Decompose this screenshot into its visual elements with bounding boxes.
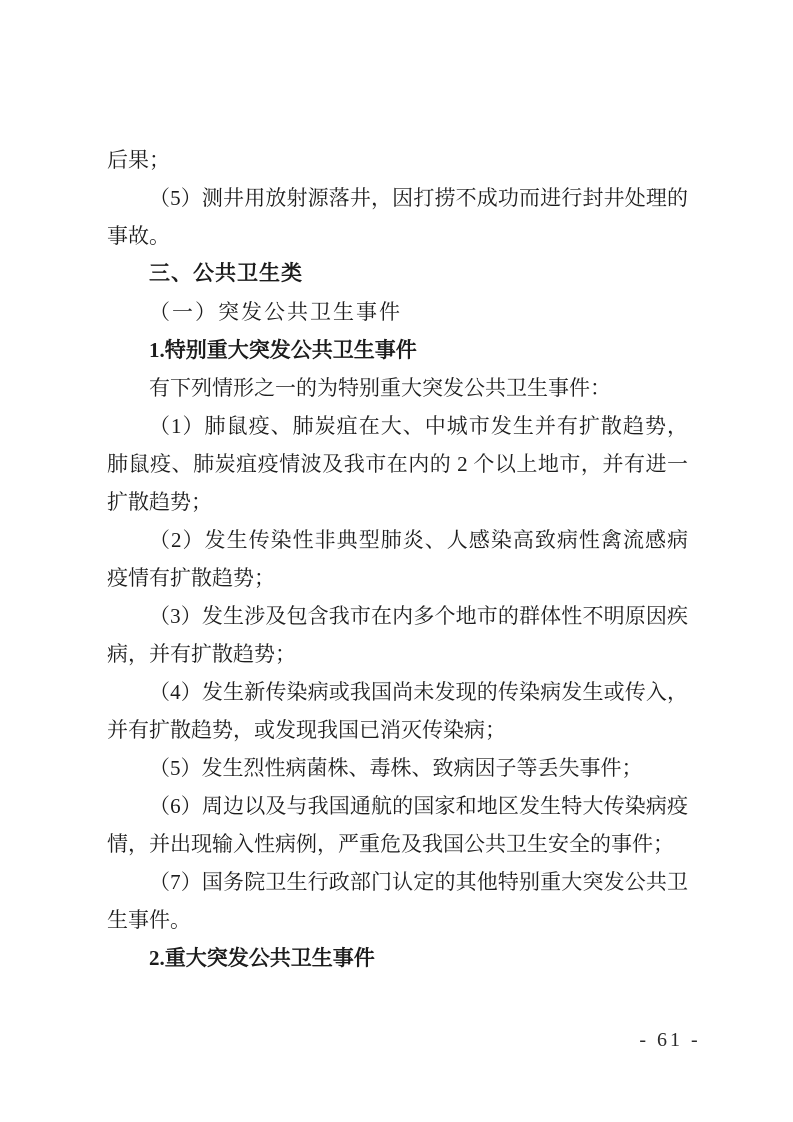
body-line: 生事件。 [107, 901, 688, 939]
document-page: 后果； （5）测井用放射源落井，因打捞不成功而进行封井处理的 事故。 三、公共卫… [0, 0, 793, 1122]
body-line: （7）国务院卫生行政部门认定的其他特别重大突发公共卫 [107, 863, 688, 901]
body-line: 后果； [107, 141, 688, 179]
body-line: （5）测井用放射源落井，因打捞不成功而进行封井处理的 [107, 179, 688, 217]
item-heading-1: 1.特别重大突发公共卫生事件 [107, 331, 688, 369]
body-line: （4）发生新传染病或我国尚未发现的传染病发生或传入， [107, 673, 688, 711]
body-line: 肺鼠疫、肺炭疽疫情波及我市在内的 2 个以上地市，并有进一步 [107, 445, 688, 483]
body-line: 并有扩散趋势，或发现我国已消灭传染病； [107, 711, 688, 749]
body-line: 情，并出现输入性病例，严重危及我国公共卫生安全的事件； [107, 825, 688, 863]
page-number: - 61 - [620, 1026, 720, 1054]
body-line: （5）发生烈性病菌株、毒株、致病因子等丢失事件； [107, 749, 688, 787]
body-line: 疫情有扩散趋势； [107, 559, 688, 597]
body-line: （6）周边以及与我国通航的国家和地区发生特大传染病疫 [107, 787, 688, 825]
body-line: （3）发生涉及包含我市在内多个地市的群体性不明原因疾 [107, 597, 688, 635]
body-line: 有下列情形之一的为特别重大突发公共卫生事件： [107, 369, 688, 407]
item-heading-2: 2.重大突发公共卫生事件 [107, 939, 688, 977]
body-line: （2）发生传染性非典型肺炎、人感染高致病性禽流感病例， [107, 521, 688, 559]
text-block: 后果； （5）测井用放射源落井，因打捞不成功而进行封井处理的 事故。 三、公共卫… [107, 141, 688, 977]
body-line: 病，并有扩散趋势； [107, 635, 688, 673]
section-heading: 三、公共卫生类 [107, 255, 688, 293]
body-line: 扩散趋势； [107, 483, 688, 521]
body-line: （1）肺鼠疫、肺炭疽在大、中城市发生并有扩散趋势， 或 [107, 407, 688, 445]
subsection-heading: （一）突发公共卫生事件 [107, 293, 688, 331]
body-line: 事故。 [107, 217, 688, 255]
